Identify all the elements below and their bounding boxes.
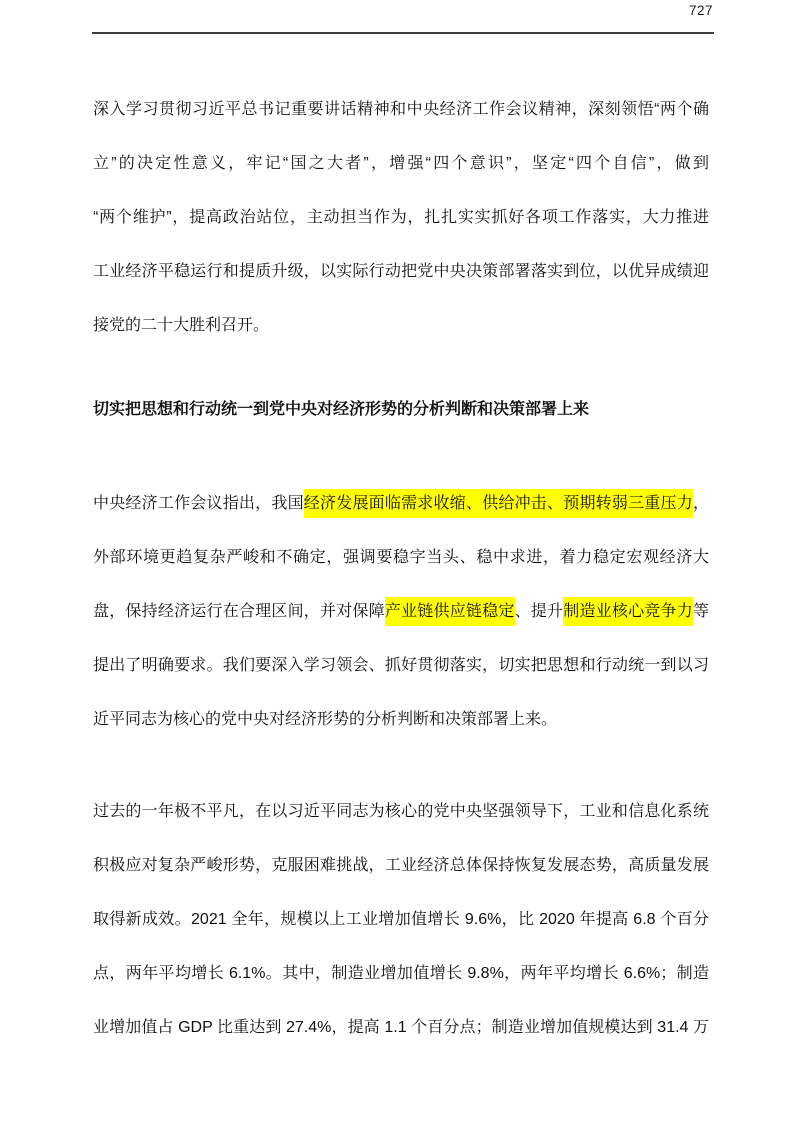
text-segment: 、提升	[515, 603, 564, 620]
highlighted-text: 制造业核心竞争力	[563, 597, 693, 626]
highlighted-text: 产业链供应链稳定	[385, 597, 515, 626]
text-line: 深入学习贯彻习近平总书记重要讲话精神和中央经济工作会议精神，深刻领悟“两个确	[93, 83, 709, 137]
page-content: 深入学习贯彻习近平总书记重要讲话精神和中央经济工作会议精神，深刻领悟“两个确 立…	[93, 0, 709, 1055]
paragraph-2: 中央经济工作会议指出，我国经济发展面临需求收缩、供给冲击、预期转弱三重压力， 外…	[93, 477, 709, 747]
highlighted-text: 经济发展面临需求收缩、供给冲击、预期转弱三重压力	[304, 489, 693, 518]
paragraph-1: 深入学习贯彻习近平总书记重要讲话精神和中央经济工作会议精神，深刻领悟“两个确 立…	[93, 83, 709, 353]
text-line: “两个维护”，提高政治站位，主动担当作为，扎扎实实抓好各项工作落实，大力推进	[93, 191, 709, 245]
text-line: 工业经济平稳运行和提质升级，以实际行动把党中央决策部署落实到位，以优异成绩迎	[93, 245, 709, 299]
text-line: 立”的决定性意义，牢记“国之大者”，增强“四个意识”，坚定“四个自信”，做到	[93, 137, 709, 191]
text-segment: 盘，保持经济运行在合理区间，并对保障	[93, 603, 385, 620]
paragraph-3: 过去的一年极不平凡，在以习近平同志为核心的党中央坚强领导下，工业和信息化系统 积…	[93, 785, 709, 1055]
text-line: 近平同志为核心的党中央对经济形势的分析判断和决策部署上来。	[93, 693, 709, 747]
text-line: 积极应对复杂严峻形势，克服困难挑战，工业经济总体保持恢复发展态势，高质量发展	[93, 839, 709, 893]
text-line: 盘，保持经济运行在合理区间，并对保障产业链供应链稳定、提升制造业核心竞争力等	[93, 585, 709, 639]
document-page: 727 深入学习贯彻习近平总书记重要讲话精神和中央经济工作会议精神，深刻领悟“两…	[0, 0, 793, 1122]
text-line: 中央经济工作会议指出，我国经济发展面临需求收缩、供给冲击、预期转弱三重压力，	[93, 477, 709, 531]
text-line: 接党的二十大胜利召开。	[93, 299, 709, 353]
text-line: 业增加值占 GDP 比重达到 27.4%，提高 1.1 个百分点；制造业增加值规…	[93, 1001, 709, 1055]
text-line: 外部环境更趋复杂严峻和不确定，强调要稳字当头、稳中求进，着力稳定宏观经济大	[93, 531, 709, 585]
text-segment: 中央经济工作会议指出，我国	[93, 495, 304, 512]
text-line: 取得新成效。2021 全年，规模以上工业增加值增长 9.6%，比 2020 年提…	[93, 893, 709, 947]
text-segment: 等	[693, 603, 709, 620]
text-line: 提出了明确要求。我们要深入学习领会、抓好贯彻落实，切实把思想和行动统一到以习	[93, 639, 709, 693]
section-heading: 切实把思想和行动统一到党中央对经济形势的分析判断和决策部署上来	[93, 383, 709, 437]
text-line: 过去的一年极不平凡，在以习近平同志为核心的党中央坚强领导下，工业和信息化系统	[93, 785, 709, 839]
text-segment: ，	[693, 495, 709, 512]
text-line: 点，两年平均增长 6.1%。其中，制造业增加值增长 9.8%，两年平均增长 6.…	[93, 947, 709, 1001]
